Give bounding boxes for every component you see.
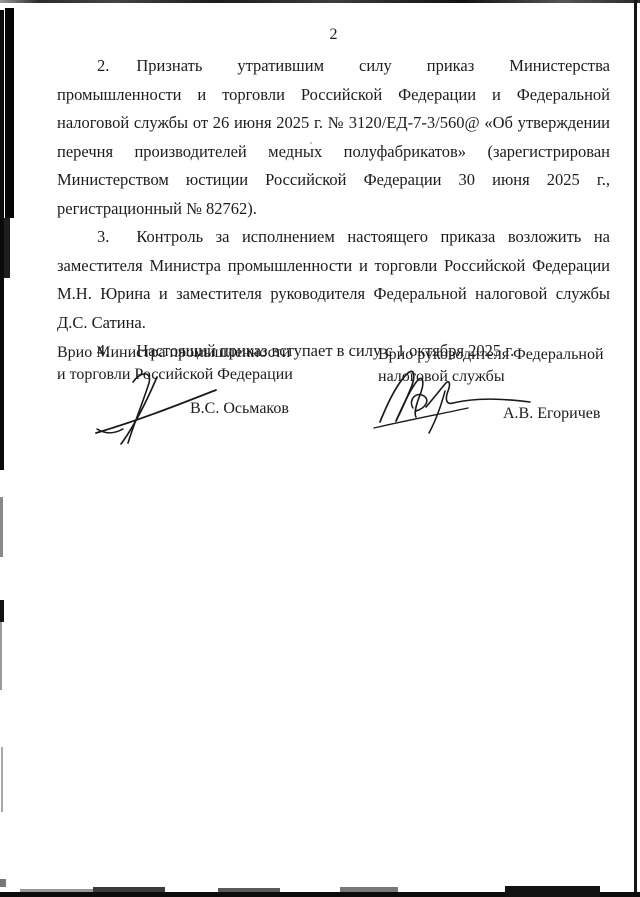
document-body: 2.Признать утратившим силу приказ Минист…: [57, 52, 610, 366]
paragraph-number: 3.: [97, 227, 109, 246]
paragraph-number: 2.: [97, 56, 109, 75]
page-number: 2: [57, 26, 610, 44]
scan-edge-right: [634, 0, 637, 897]
signatory-title-line: налоговой службы: [378, 366, 604, 388]
scan-smudge: [340, 887, 398, 892]
signatory-title-line: Врио руководителя Федеральной: [378, 344, 604, 366]
scan-edge-left-strip: [0, 600, 4, 622]
number-gap: [109, 70, 136, 71]
scan-edge-left-strip: [0, 622, 2, 690]
paragraph-text: Признать утратившим силу приказ Министер…: [57, 56, 610, 218]
scan-edge-left-band: [5, 8, 14, 218]
scan-smudge: [20, 889, 96, 892]
scan-edge-bottom: [0, 892, 640, 897]
paragraph-2: 2.Признать утратившим силу приказ Минист…: [57, 52, 610, 223]
scan-edge-left-strip: [1, 747, 3, 812]
document-page: 2 2.Признать утратившим силу приказ Мини…: [0, 0, 640, 897]
paragraph-3: 3.Контроль за исполнением настоящего при…: [57, 223, 610, 337]
signatory-title-line: и торговли Российской Федерации: [57, 364, 293, 386]
scan-edge-left-band: [4, 218, 10, 278]
signatory-name-egorichev: А.В. Егоричев: [503, 405, 600, 423]
signatory-name-osmakov: В.С. Осьмаков: [190, 400, 289, 418]
scan-smudge: [218, 888, 280, 892]
signatory-title-minpromtorg: Врио Министра промышленности и торговли …: [57, 342, 293, 386]
number-gap: [109, 241, 136, 242]
signatory-title-line: Врио Министра промышленности: [57, 342, 293, 364]
paragraph-text: Контроль за исполнением настоящего прика…: [57, 227, 610, 332]
scan-smudge: [0, 879, 6, 887]
scan-smudge: [505, 886, 600, 897]
scan-edge-top: [0, 0, 640, 3]
scan-edge-left-strip: [0, 10, 4, 470]
signatory-title-fns: Врио руководителя Федеральной налоговой …: [378, 344, 604, 388]
scan-smudge: [93, 887, 165, 892]
scan-edge-left-strip: [0, 497, 3, 557]
